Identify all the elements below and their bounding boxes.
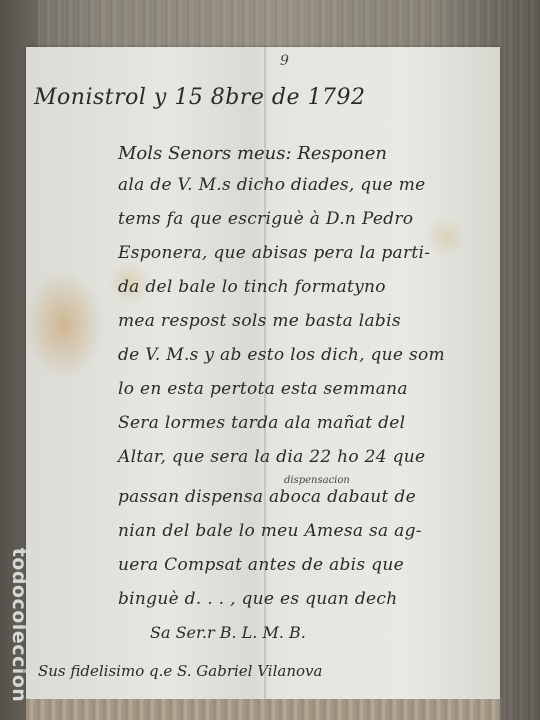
page-number: 9 [280, 53, 289, 69]
letter-body-line: Altar, que sera la dia 22 ho 24 que [118, 447, 425, 467]
letter-body-line: de V. M.s y ab esto los dich, que som [118, 345, 445, 365]
letter-paper: 9 Monistrol y 15 8bre de 1792 Mols Senor… [26, 47, 500, 699]
letter-body-line: Sera lormes tarda ala mañat del [118, 413, 405, 433]
letter-body-line: lo en esta pertota esta semmana [118, 379, 408, 399]
letter-body-line: da del bale lo tinch formatyno [118, 277, 386, 297]
letter-body-line: uera Compsat antes de abis que [118, 555, 404, 575]
interlinear-note: dispensacion [284, 475, 350, 486]
letter-body-line: passan dispensa aboca dabaut de [118, 487, 416, 507]
letter-body-line: ala de V. M.s dicho diades, que me [118, 175, 426, 195]
letter-body-line: tems fa que escriguè à D.n Pedro [118, 209, 413, 229]
letter-signature: Sus fidelisimo q.e S. Gabriel Vilanova [38, 662, 322, 680]
wood-background-bottom [26, 699, 500, 720]
letter-body-line: mea respost sols me basta labis [118, 311, 401, 331]
letter-salutation: Mols Senors meus: Responen [118, 143, 387, 164]
letter-body-line: Esponera, que abisas pera la parti- [118, 243, 430, 263]
letter-closing: Sa Ser.r B. L. M. B. [150, 623, 306, 642]
letter-body-line: nian del bale lo meu Amesa sa ag- [118, 521, 422, 541]
letter-body-line: binguè d. . . , que es quan dech [118, 589, 398, 609]
letter-heading-place-date: Monistrol y 15 8bre de 1792 [34, 85, 366, 110]
